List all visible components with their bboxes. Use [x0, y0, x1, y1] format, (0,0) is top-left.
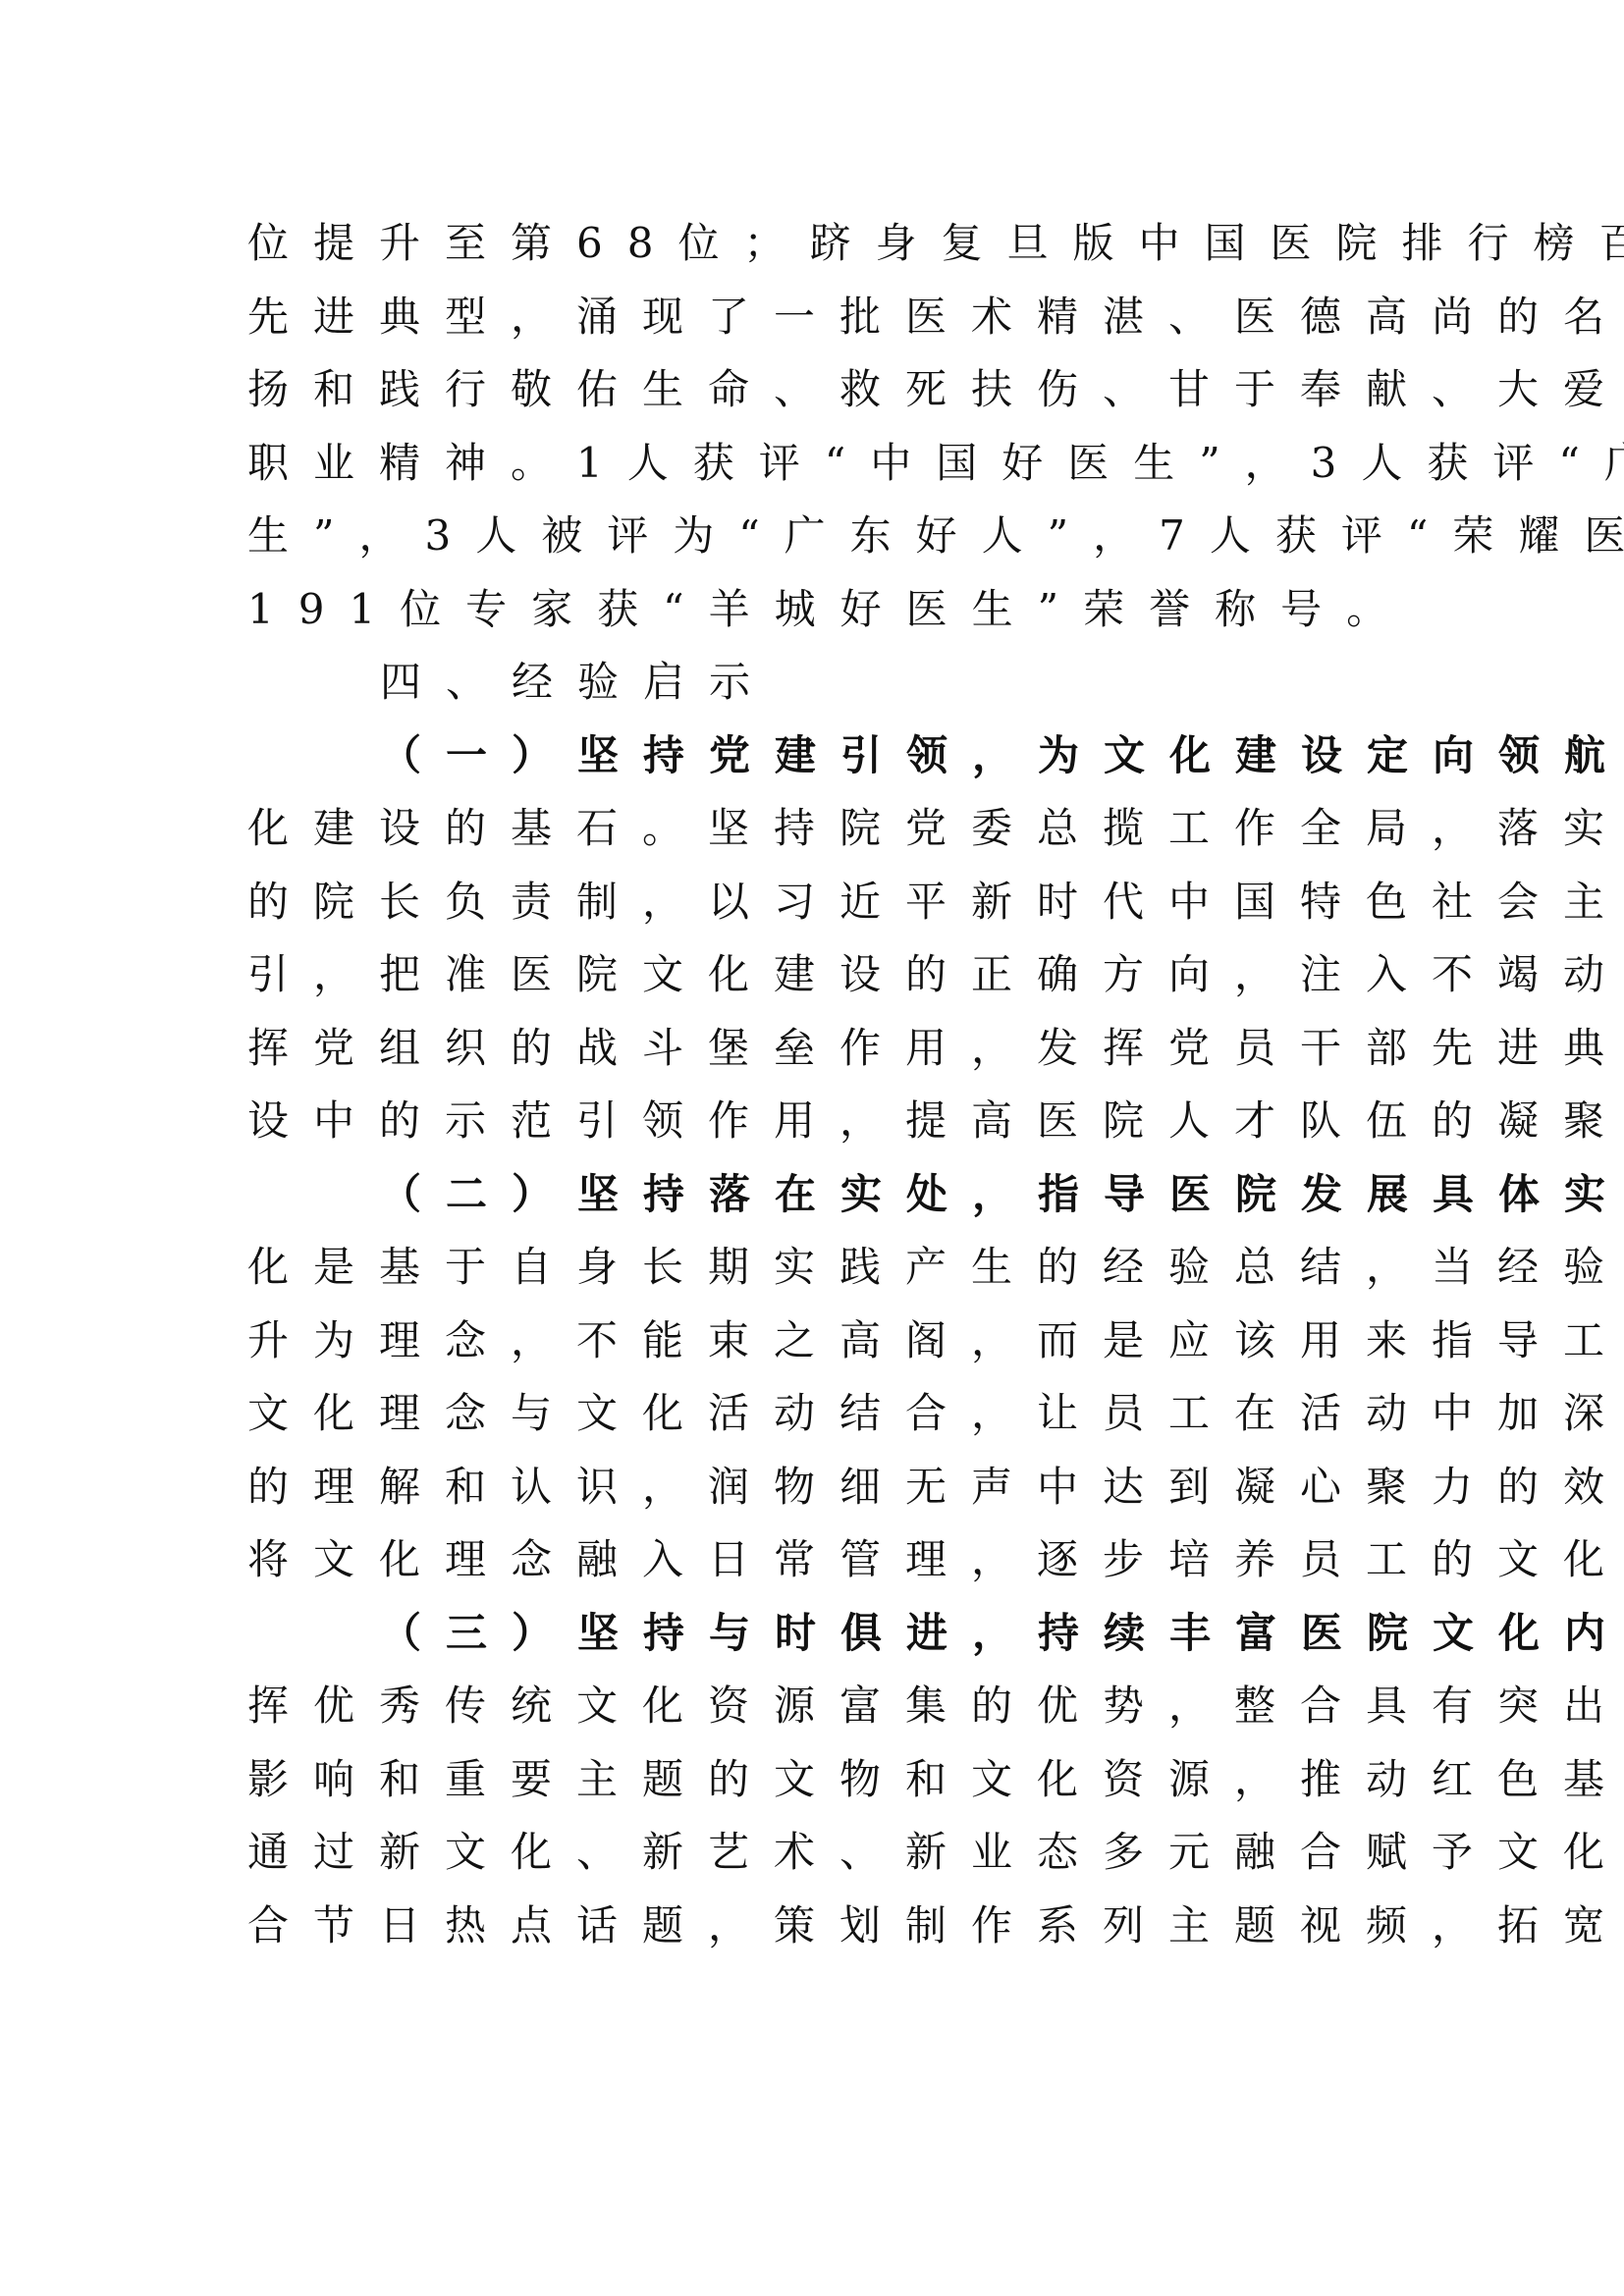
text-line: 挥党组织的战斗堡垒作用，发挥党员干部先进典型在文化建	[247, 1012, 1386, 1086]
section-3-first-line: （三）坚持与时俱进，持续丰富医院文化内涵。充分发	[247, 1597, 1386, 1671]
text-line: 化建设的基石。坚持院党委总揽工作全局，落实党委领导下	[247, 792, 1386, 866]
section-3: （三）坚持与时俱进，持续丰富医院文化内涵。充分发 挥优秀传统文化资源富集的优势，…	[247, 1597, 1386, 1963]
section-2-bold-lead: （二）坚持落在实处，指导医院发展具体实践。	[380, 1170, 1624, 1218]
text-line: 通过新文化、新艺术、新业态多元融合赋予文化新内涵，结	[247, 1816, 1386, 1890]
text-line: 的理解和认识，润物细无声中达到凝心聚力的效果。同时，	[247, 1451, 1386, 1524]
section-3-bold-lead: （三）坚持与时俱进，持续丰富医院文化内涵。	[380, 1609, 1624, 1657]
text-line: 职业精神。1人获评“中国好医生”，3人获评“广东好医	[247, 427, 1386, 501]
section-1: （一）坚持党建引领，为文化建设定向领航。党建是文 化建设的基石。坚持院党委总揽工…	[247, 720, 1386, 1158]
text-line: 影响和重要主题的文物和文化资源，推动红色基因传承创新。	[247, 1743, 1386, 1817]
text-line: 设中的示范引领作用，提高医院人才队伍的凝聚力。	[247, 1085, 1386, 1158]
text-line: 文化理念与文化活动结合，让员工在活动中加深对文化理念	[247, 1377, 1386, 1451]
text-line: 的院长负责制，以习近平新时代中国特色社会主义思想为指	[247, 866, 1386, 939]
text-line: 将文化理念融入日常管理，逐步培养员工的文化自觉。	[247, 1523, 1386, 1597]
section-1-first-line: （一）坚持党建引领，为文化建设定向领航。党建是文	[247, 720, 1386, 793]
section-1-bold-lead: （一）坚持党建引领，为文化建设定向领航。	[380, 731, 1624, 779]
section-heading: 四、经验启示	[247, 646, 1386, 720]
text-line: 先进典型，涌现了一批医术精湛、医德高尚的名医名家，弘	[247, 281, 1386, 354]
text-line: 挥优秀传统文化资源富集的优势，整合具有突出意义、重大	[247, 1670, 1386, 1743]
intro-paragraph: 位提升至第68位；跻身复旦版中国医院排行榜百强。培育 先进典型，涌现了一批医术精…	[247, 207, 1386, 646]
text-line: 191位专家获“羊城好医生”荣誉称号。	[247, 573, 1386, 647]
text-line: 升为理念，不能束之高阁，而是应该用来指导工作实践。将	[247, 1305, 1386, 1378]
text-line: 引，把准医院文化建设的正确方向，注入不竭动力，充分发	[247, 938, 1386, 1012]
text-line: 位提升至第68位；跻身复旦版中国医院排行榜百强。培育	[247, 207, 1386, 281]
section-2: （二）坚持落在实处，指导医院发展具体实践。医院文 化是基于自身长期实践产生的经验…	[247, 1158, 1386, 1597]
document-page: 位提升至第68位；跻身复旦版中国医院排行榜百强。培育 先进典型，涌现了一批医术精…	[247, 207, 1386, 1962]
text-line: 扬和践行敬佑生命、救死扶伤、甘于奉献、大爱无疆的崇高	[247, 353, 1386, 427]
text-line: 化是基于自身长期实践产生的经验总结，当经验经过提炼上	[247, 1231, 1386, 1305]
section-2-first-line: （二）坚持落在实处，指导医院发展具体实践。医院文	[247, 1158, 1386, 1232]
text-line: 合节日热点话题，策划制作系列主题视频，拓宽新媒体传播	[247, 1890, 1386, 1963]
text-line: 生”，3人被评为“广东好人”，7人获评“荣耀医者”，	[247, 500, 1386, 573]
